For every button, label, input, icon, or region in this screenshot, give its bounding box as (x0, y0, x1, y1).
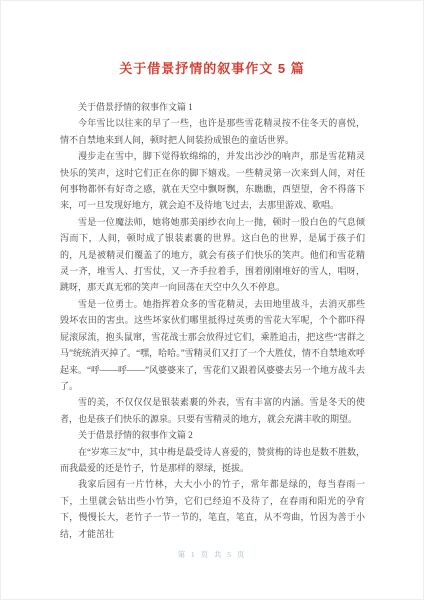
section-2-heading: 关于借景抒情的叙事作文篇 2 (60, 427, 365, 443)
section-1-paragraph-5: 雪的美，不仅仅仅是银装素裹的外表，雪有丰富的内涵。雪是冬天的使者，也是孩子们快乐… (60, 394, 365, 427)
section-2-paragraph-2: 我家后园有一片竹林，大大小小的竹子，常年都是绿的，每当春雨一下，土里就会钻出些小… (60, 476, 365, 542)
document-page: 关于借景抒情的叙事作文 5 篇 关于借景抒情的叙事作文篇 1 今年雪比以往来的早… (0, 0, 424, 600)
document-body: 关于借景抒情的叙事作文篇 1 今年雪比以往来的早了一些，也许是那些雪花精灵按不住… (60, 99, 365, 542)
document-title: 关于借景抒情的叙事作文 5 篇 (1, 1, 423, 77)
section-1-paragraph-3: 雪是一位魔法师，她将她那美丽纱衣向上一抛，顿时一股白色的气息倾泻而下，人间，顿时… (60, 214, 365, 296)
section-1-paragraph-2: 漫步走在雪中，脚下觉得软绵绵的，并发出沙沙的响声，那是雪花精灵快乐的笑声，这时它… (60, 148, 365, 214)
section-2-paragraph-1: 在“岁寒三友”中，其中梅是最受诗人喜爱的，赞赏梅的诗也是数不胜数，而我最爱的还是… (60, 444, 365, 477)
section-1-paragraph-4: 雪是一位勇士。她指挥着众多的雪花精灵，去田地里战斗，去消灭那些毁坏农田的害虫。这… (60, 296, 365, 394)
section-1-heading: 关于借景抒情的叙事作文篇 1 (60, 99, 365, 115)
page-number-footer: 第 1 页 共 5 页 (1, 549, 423, 560)
section-1-paragraph-1: 今年雪比以往来的早了一些，也许是那些雪花精灵按不住冬天的喜悦，情不自禁地来到人间… (60, 115, 365, 148)
